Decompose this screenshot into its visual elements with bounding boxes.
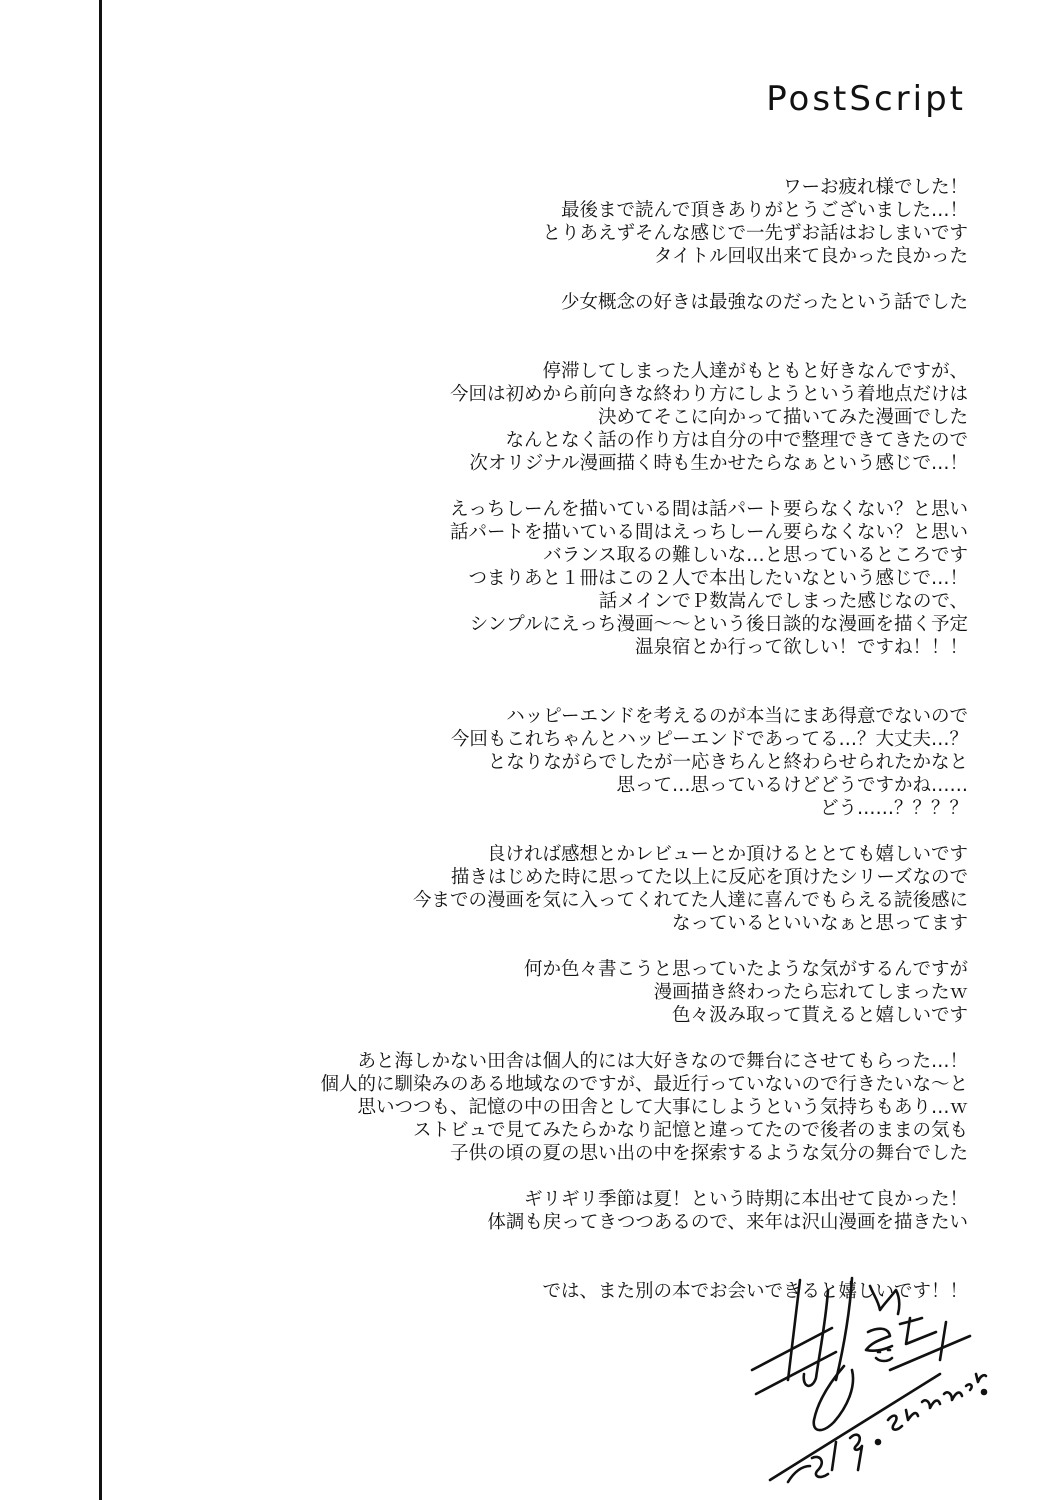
paragraph-gap xyxy=(208,820,968,843)
paragraph-7: 何か色々書こうと思っていたような気がするんですが 漫画描き終わったら忘れてしまっ… xyxy=(208,958,968,1027)
text-line: なんとなく話の作り方は自分の中で整理できてきたので xyxy=(208,429,968,452)
text-line: つまりあと１冊はこの２人で本出したいなという感じで…！ xyxy=(208,567,968,590)
text-line: タイトル回収出来て良かった良かった xyxy=(208,245,968,268)
paragraph-gap xyxy=(208,935,968,958)
text-line: 子供の頃の夏の思い出の中を探索するような気分の舞台でした xyxy=(208,1142,968,1165)
paragraph-gap xyxy=(208,314,968,360)
page-title: PostScript xyxy=(766,79,966,119)
paragraph-gap xyxy=(208,1165,968,1188)
text-line: 今回もこれちゃんとハッピーエンドであってる…？大丈夫…？ xyxy=(208,728,968,751)
text-line: なっているといいなぁと思ってます xyxy=(208,912,968,935)
paragraph-5: ハッピーエンドを考えるのが本当にまあ得意でないので 今回もこれちゃんとハッピーエ… xyxy=(208,705,968,820)
text-line: 温泉宿とか行って欲しい！ですね！！！ xyxy=(208,636,968,659)
paragraph-gap xyxy=(208,1027,968,1050)
text-line: えっちしーんを描いている間は話パート要らなくない？と思い xyxy=(208,498,968,521)
text-line: 何か色々書こうと思っていたような気がするんですが xyxy=(208,958,968,981)
text-line: 少女概念の好きは最強なのだったという話でした xyxy=(208,291,968,314)
page-gutter-line xyxy=(99,0,102,1500)
text-line: 体調も戻ってきつつあるので、来年は沢山漫画を描きたい xyxy=(208,1211,968,1234)
text-line: とりあえずそんな感じで一先ずお話はおしまいです xyxy=(208,222,968,245)
paragraph-2: 少女概念の好きは最強なのだったという話でした xyxy=(208,291,968,314)
paragraph-gap xyxy=(208,659,968,705)
paragraph-6: 良ければ感想とかレビューとか頂けるととても嬉しいです 描きはじめた時に思ってた以… xyxy=(208,843,968,935)
text-line: ストビュで見てみたらかなり記憶と違ってたので後者のままの気も xyxy=(208,1119,968,1142)
text-line: ワーお疲れ様でした！ xyxy=(208,176,968,199)
paragraph-1: ワーお疲れ様でした！ 最後まで読んで頂きありがとうございました…！ とりあえずそ… xyxy=(208,176,968,268)
text-line: 最後まで読んで頂きありがとうございました…！ xyxy=(208,199,968,222)
text-line: どう……？？？？ xyxy=(208,797,968,820)
text-line: 個人的に馴染みのある地域なのですが、最近行っていないので行きたいな～と xyxy=(208,1073,968,1096)
text-line: 停滞してしまった人達がもともと好きなんですが、 xyxy=(208,360,968,383)
text-line: 話メインでＰ数嵩んでしまった感じなので、 xyxy=(208,590,968,613)
text-line: 今までの漫画を気に入ってくれてた人達に喜んでもらえる読後感に xyxy=(208,889,968,912)
text-line: シンプルにえっち漫画～～という後日談的な漫画を描く予定 xyxy=(208,613,968,636)
paragraph-3: 停滞してしまった人達がもともと好きなんですが、 今回は初めから前向きな終わり方に… xyxy=(208,360,968,475)
text-line: 次オリジナル漫画描く時も生かせたらなぁという感じで…！ xyxy=(208,452,968,475)
paragraph-4: えっちしーんを描いている間は話パート要らなくない？と思い 話パートを描いている間… xyxy=(208,498,968,659)
paragraph-gap xyxy=(208,268,968,291)
paragraph-9: ギリギリ季節は夏！という時期に本出せて良かった！ 体調も戻ってきつつあるので、来… xyxy=(208,1188,968,1234)
text-line: 思って…思っているけどどうですかね…… xyxy=(208,774,968,797)
paragraph-8: あと海しかない田舎は個人的には大好きなので舞台にさせてもらった…！ 個人的に馴染… xyxy=(208,1050,968,1165)
text-line: 良ければ感想とかレビューとか頂けるととても嬉しいです xyxy=(208,843,968,866)
text-line: あと海しかない田舎は個人的には大好きなので舞台にさせてもらった…！ xyxy=(208,1050,968,1073)
text-line: 思いつつも、記憶の中の田舎として大事にしようという気持ちもあり…ｗ xyxy=(208,1096,968,1119)
text-line: バランス取るの難しいな…と思っているところです xyxy=(208,544,968,567)
text-line: 漫画描き終わったら忘れてしまったｗ xyxy=(208,981,968,1004)
author-signature xyxy=(740,1270,990,1500)
text-line: ギリギリ季節は夏！という時期に本出せて良かった！ xyxy=(208,1188,968,1211)
text-line: ハッピーエンドを考えるのが本当にまあ得意でないので xyxy=(208,705,968,728)
text-line: 今回は初めから前向きな終わり方にしようという着地点だけは xyxy=(208,383,968,406)
text-line: となりながらでしたが一応きちんと終わらせられたかなと xyxy=(208,751,968,774)
text-line: 描きはじめた時に思ってた以上に反応を頂けたシリーズなので xyxy=(208,866,968,889)
text-line: 話パートを描いている間はえっちしーん要らなくない？と思い xyxy=(208,521,968,544)
paragraph-gap xyxy=(208,475,968,498)
postscript-body: ワーお疲れ様でした！ 最後まで読んで頂きありがとうございました…！ とりあえずそ… xyxy=(208,176,968,1303)
text-line: 決めてそこに向かって描いてみた漫画でした xyxy=(208,406,968,429)
text-line: 色々汲み取って貰えると嬉しいです xyxy=(208,1004,968,1027)
